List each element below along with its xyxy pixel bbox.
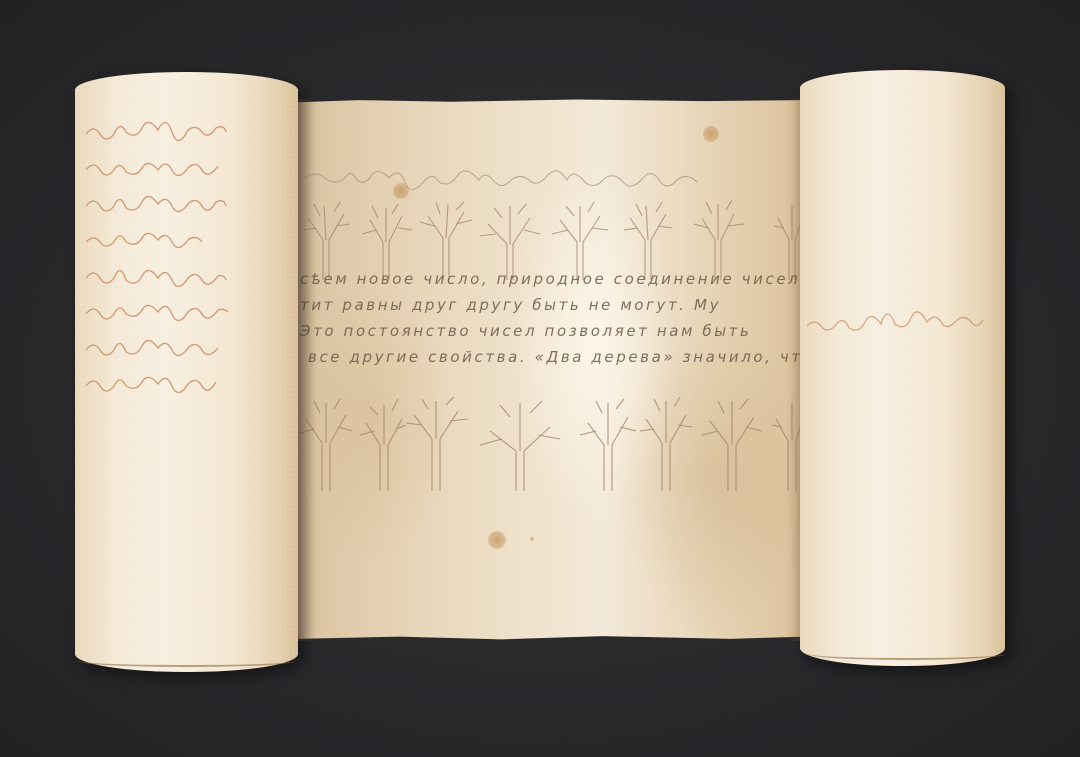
asemic-script-right-roll xyxy=(805,300,995,350)
left-roll-bottom-edge xyxy=(78,655,296,667)
right-roll xyxy=(800,70,1005,666)
asemic-script-top xyxy=(300,163,800,193)
text-line: сѣем новое число, природное соединение ч… xyxy=(300,266,802,292)
text-line: тит равны друг другу быть не могут. Му xyxy=(300,292,802,318)
scroll-photograph: сѣем новое число, природное соединение ч… xyxy=(0,0,1080,757)
right-roll-bottom-edge xyxy=(808,648,1006,660)
paper-stain xyxy=(703,126,719,142)
paper-stain xyxy=(488,531,506,549)
paper-stain xyxy=(530,537,534,541)
handwritten-text: сѣем новое число, природное соединение ч… xyxy=(300,266,802,376)
text-line: все другие свойства. «Два дерева» значил… xyxy=(300,344,802,370)
tree-row-bottom xyxy=(298,395,806,495)
asemic-script-left-roll xyxy=(82,118,282,418)
text-line: Это постоянство чисел позволяет нам быть xyxy=(300,318,802,344)
